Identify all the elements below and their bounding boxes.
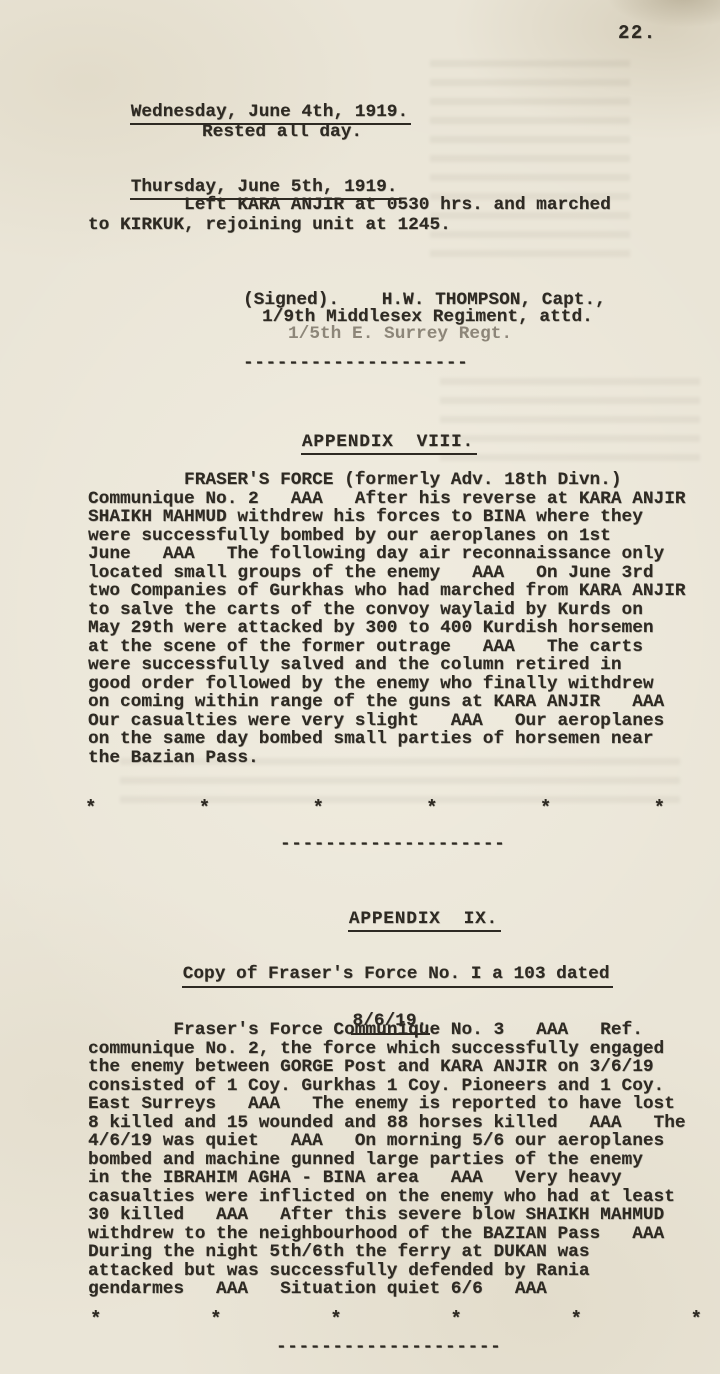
asterisk: * [85, 797, 96, 819]
asterisk: * [199, 797, 210, 819]
asterisk-row-2: * * * * * * [90, 1308, 702, 1330]
dashed-separator-1: -------------------- [243, 354, 468, 374]
asterisk: * [570, 1308, 581, 1330]
ghost-showthrough-mid [440, 378, 700, 473]
dashed-separator-2: -------------------- [280, 835, 505, 855]
asterisk: * [654, 797, 665, 819]
appendix-viii-body: FRASER'S FORCE (formerly Adv. 18th Divn.… [88, 471, 686, 767]
asterisk: * [540, 797, 551, 819]
signature-line-3: 1/5th E. Surrey Regt. [288, 325, 512, 345]
page-number: 22. [618, 24, 657, 44]
appendix-ix-subtitle-line-1: Copy of Fraser's Force No. I a 103 dated [182, 963, 613, 988]
asterisk: * [450, 1308, 461, 1330]
diary-page: 22. Wednesday, June 4th, 1919. Rested al… [0, 0, 720, 1374]
appendix-ix-title-text: APPENDIX IX. [348, 910, 501, 933]
entry-body-thursday: Left KARA ANJIR at 0530 hrs. and marched… [88, 196, 611, 235]
asterisk: * [90, 1308, 101, 1330]
asterisk: * [312, 797, 323, 819]
entry-body-wednesday: Rested all day. [202, 123, 362, 143]
asterisk: * [330, 1308, 341, 1330]
asterisk: * [426, 797, 437, 819]
asterisk-row-1: * * * * * * [85, 797, 665, 819]
appendix-ix-body: Fraser's Force Communique No. 3 AAA Ref.… [88, 1021, 686, 1299]
dashed-separator-3: -------------------- [276, 1338, 501, 1358]
appendix-viii-title: APPENDIX VIII. [256, 413, 477, 475]
asterisk: * [691, 1308, 702, 1330]
asterisk: * [210, 1308, 221, 1330]
appendix-viii-title-text: APPENDIX VIII. [301, 433, 477, 456]
